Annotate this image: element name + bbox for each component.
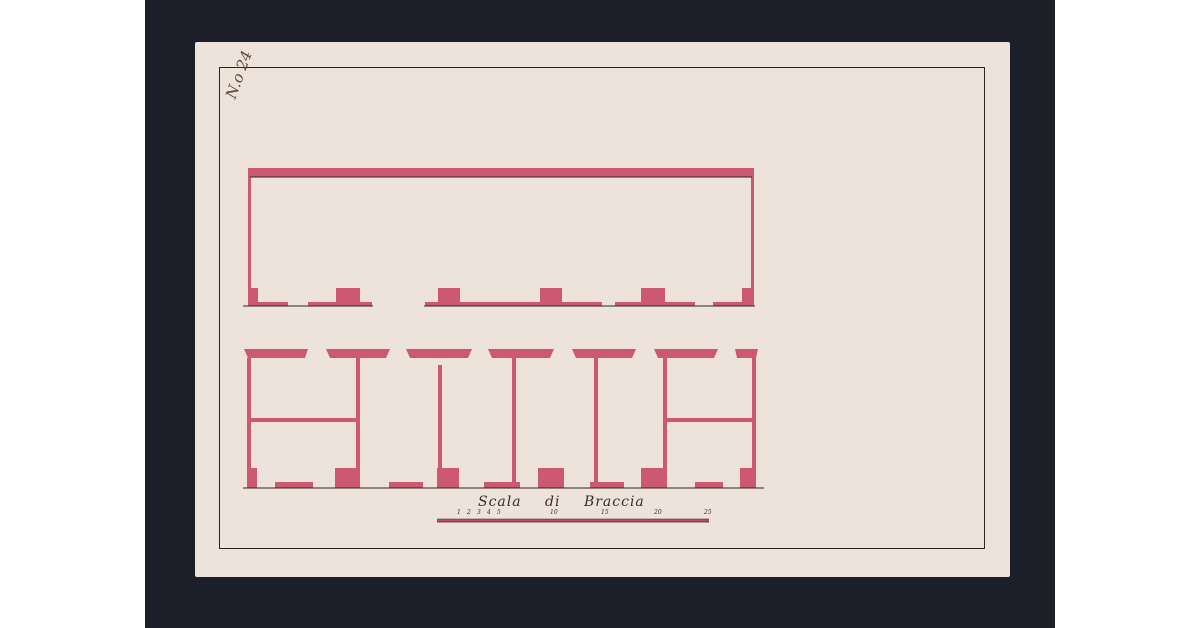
scale-tick: 4 xyxy=(487,509,491,516)
scale-tick: 25 xyxy=(704,509,712,516)
scale-title: Scala di Braccia xyxy=(478,494,645,510)
scale-tick: 1 xyxy=(457,509,461,516)
scale-tick: 2 xyxy=(467,509,471,516)
scale-tick: 5 xyxy=(497,509,501,516)
floor-plan-drawing xyxy=(0,0,1200,628)
scale-tick: 20 xyxy=(654,509,662,516)
scale-bar xyxy=(437,519,709,522)
scale-tick: 3 xyxy=(477,509,481,516)
scale-tick: 15 xyxy=(601,509,609,516)
scale-tick: 10 xyxy=(550,509,558,516)
